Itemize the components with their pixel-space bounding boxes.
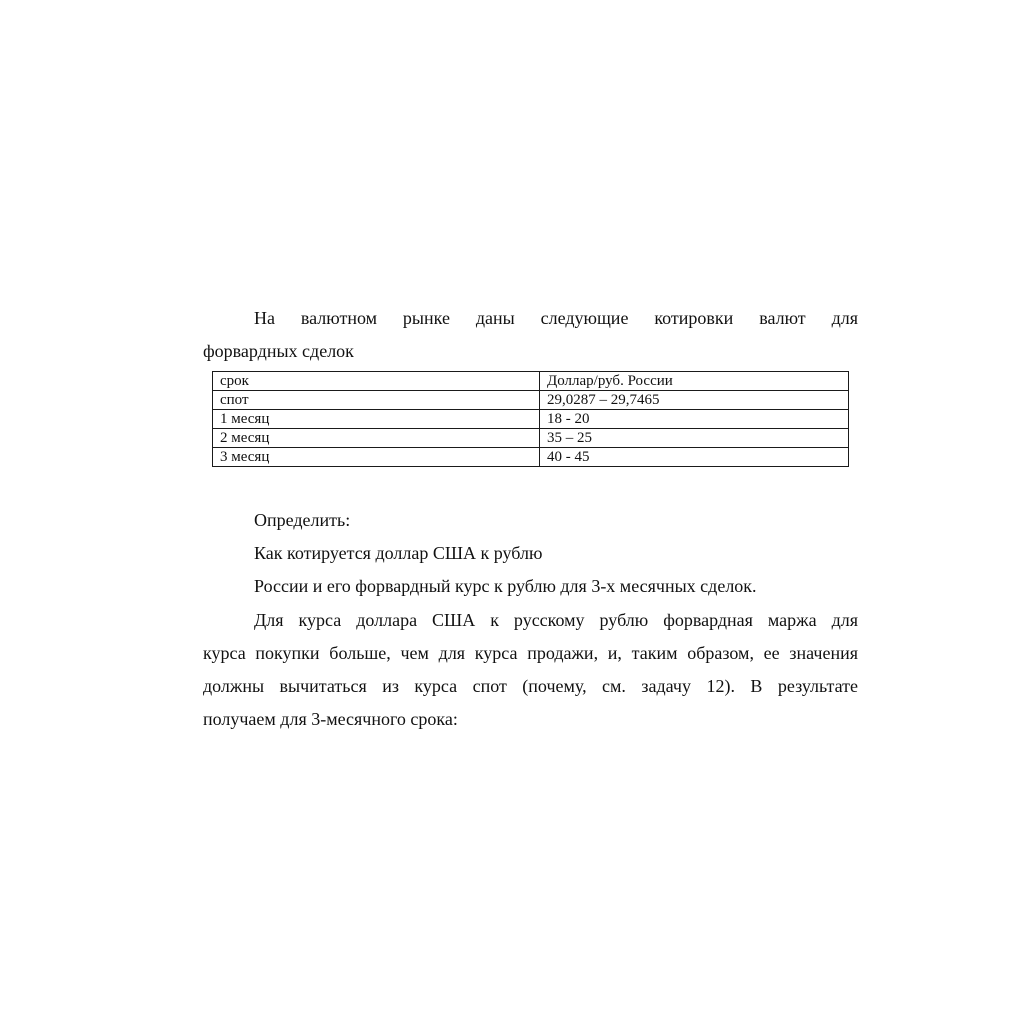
cell-term: 1 месяц xyxy=(213,410,540,429)
cell-quote: 29,0287 – 29,7465 xyxy=(540,391,849,410)
table-row: 1 месяц 18 - 20 xyxy=(213,410,849,429)
task-line-2: России и его форвардный курс к рублю для… xyxy=(203,570,858,603)
cell-quote: 18 - 20 xyxy=(540,410,849,429)
intro-line-1: На валютном рынке даны следующие котиров… xyxy=(203,302,858,335)
task-block: Определить: Как котируется доллар США к … xyxy=(203,504,858,603)
solution-line-3: должны вычитаться из курса спот (почему,… xyxy=(203,670,858,703)
header-quote: Доллар/руб. России xyxy=(540,372,849,391)
solution-paragraph: Для курса доллара США к русскому рублю ф… xyxy=(203,604,858,736)
task-line-1: Как котируется доллар США к рублю xyxy=(203,537,858,570)
task-heading: Определить: xyxy=(203,504,858,537)
solution-line-2: курса покупки больше, чем для курса прод… xyxy=(203,637,858,670)
cell-term: 3 месяц xyxy=(213,448,540,467)
solution-line-4: получаем для 3-месячного срока: xyxy=(203,703,858,736)
quote-table: срок Доллар/руб. России спот 29,0287 – 2… xyxy=(212,371,849,467)
cell-quote: 40 - 45 xyxy=(540,448,849,467)
cell-term: спот xyxy=(213,391,540,410)
intro-line-2: форвардных сделок xyxy=(203,335,858,368)
table-row: спот 29,0287 – 29,7465 xyxy=(213,391,849,410)
cell-quote: 35 – 25 xyxy=(540,429,849,448)
table-header-row: срок Доллар/руб. России xyxy=(213,372,849,391)
intro-paragraph: На валютном рынке даны следующие котиров… xyxy=(203,302,858,368)
table-row: 2 месяц 35 – 25 xyxy=(213,429,849,448)
cell-term: 2 месяц xyxy=(213,429,540,448)
header-term: срок xyxy=(213,372,540,391)
solution-line-1: Для курса доллара США к русскому рублю ф… xyxy=(203,604,858,637)
table-row: 3 месяц 40 - 45 xyxy=(213,448,849,467)
